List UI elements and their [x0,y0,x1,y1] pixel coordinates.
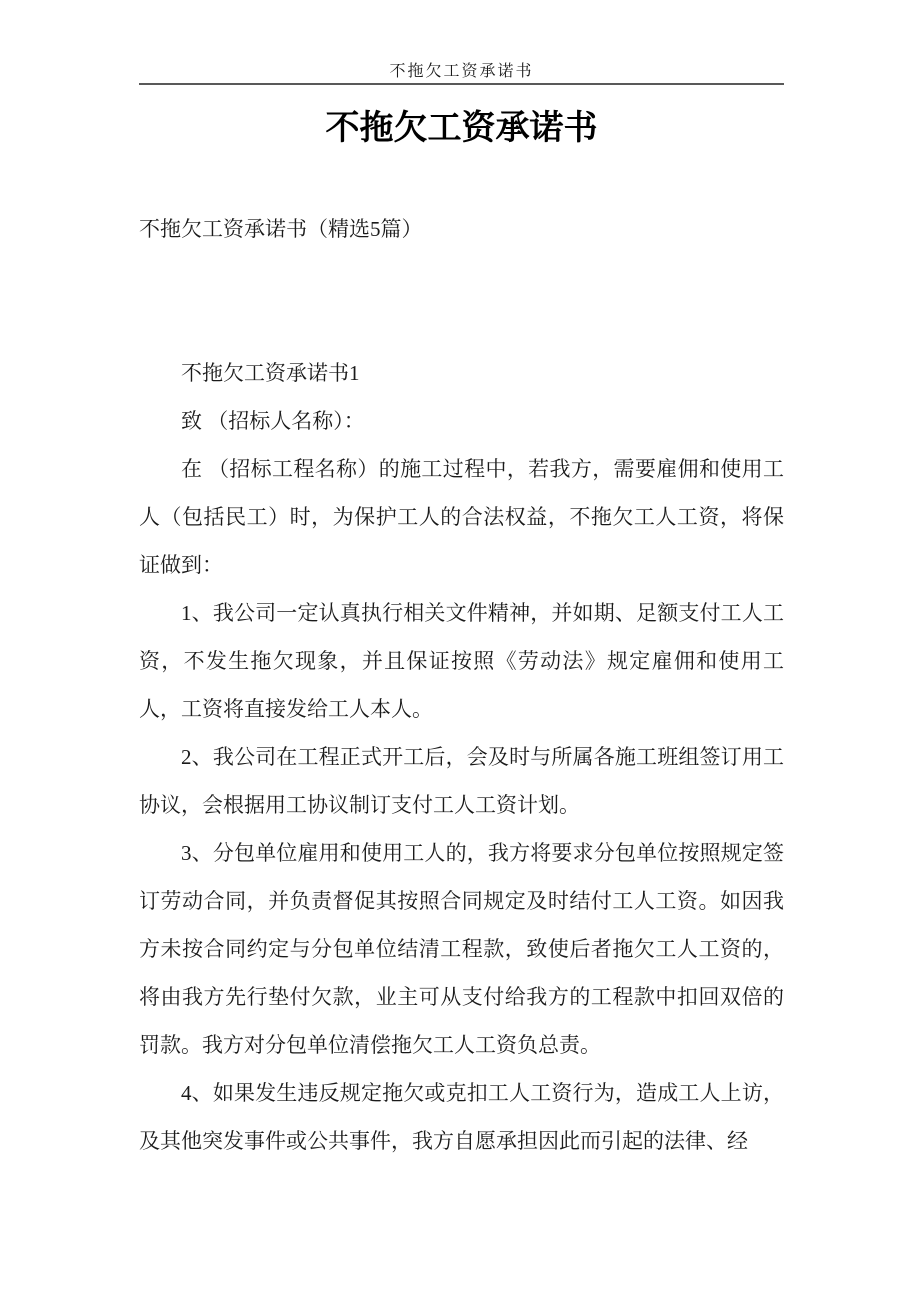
document-page: 不拖欠工资承诺书 不拖欠工资承诺书 不拖欠工资承诺书（精选5篇） 不拖欠工资承诺… [0,0,920,1302]
paragraph-item-4: 4、如果发生违反规定拖欠或克扣工人工资行为，造成工人上访，及其他突发事件或公共事… [139,1069,784,1165]
paragraph-item-1: 1、我公司一定认真执行相关文件精神，并如期、足额支付工人工资，不发生拖欠现象，并… [139,589,784,733]
document-title: 不拖欠工资承诺书 [139,107,784,151]
paragraph-item-3: 3、分包单位雇用和使用工人的，我方将要求分包单位按照规定签订劳动合同，并负责督促… [139,829,784,1069]
document-body: 不拖欠工资承诺书1 致 （招标人名称）： 在 （招标工程名称）的施工过程中，若我… [139,349,784,1165]
paragraph-intro: 在 （招标工程名称）的施工过程中，若我方，需要雇佣和使用工人（包括民工）时，为保… [139,445,784,589]
paragraph-heading-1: 不拖欠工资承诺书1 [139,349,784,397]
paragraph-addressee: 致 （招标人名称）： [139,397,784,445]
page-header: 不拖欠工资承诺书 [139,64,784,85]
paragraph-item-2: 2、我公司在工程正式开工后，会及时与所属各施工班组签订用工协议，会根据用工协议制… [139,733,784,829]
running-header-title: 不拖欠工资承诺书 [139,64,784,80]
document-subtitle: 不拖欠工资承诺书（精选5篇） [139,205,784,253]
